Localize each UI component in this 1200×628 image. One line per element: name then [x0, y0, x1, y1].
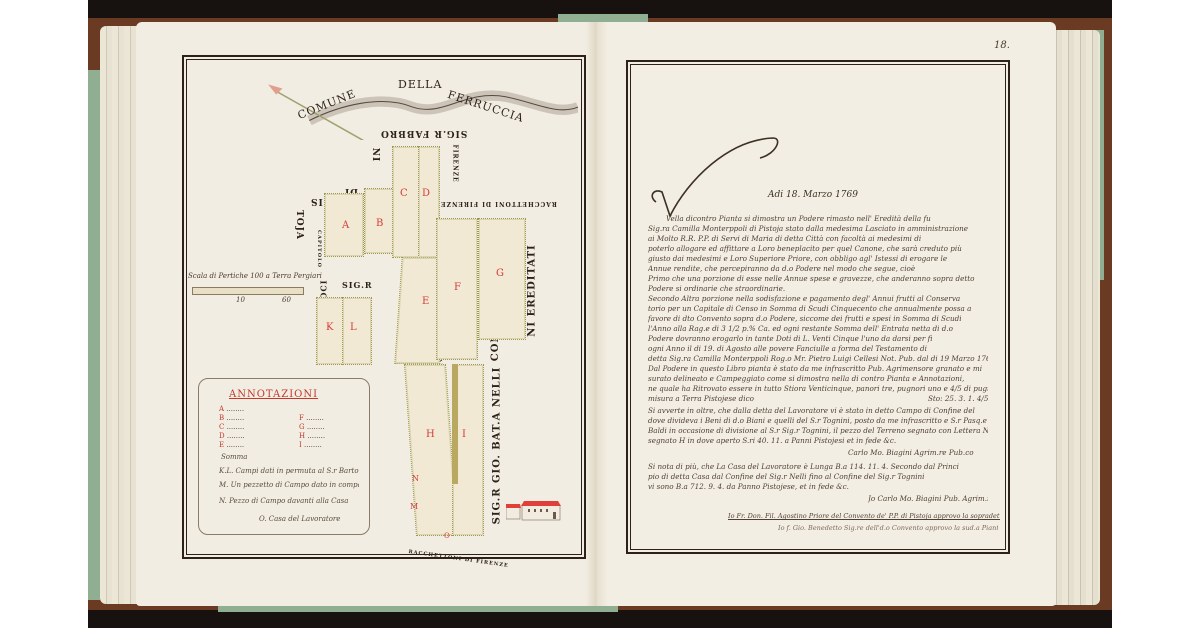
doc-line-26: Si nota di più, che La Casa del Lavorato… [648, 462, 988, 471]
cartouche-n: N. Pezzo di Campo davanti alla Casa [219, 497, 359, 505]
field-label-i: I [462, 429, 466, 440]
field-label-o: O [444, 532, 450, 540]
doc-line-14: ogni Anno il di 19. di Agosto alle pover… [648, 344, 988, 353]
scale-tick-60: 60 [282, 296, 291, 304]
doc-line-3: ai Molto R.R. P.P. di Servi di Maria di … [648, 234, 988, 243]
doc-line-10: torio per un Capitale di Censo in Somma … [648, 304, 988, 313]
cartouche-sum: Somma [221, 453, 247, 461]
doc-line-22: dove divideva i Beni di d.o Biani e quel… [648, 416, 988, 425]
doc-line-28: vi sono B.a 712. 9. 4. da Panno Pistojes… [648, 482, 988, 491]
book-photograph: COMUNE DELLA FERRUCCIA SIG.R FABBRO NI D… [88, 0, 1112, 628]
doc-line-15: detta Sig.ra Camilla Monterppoli Rog.o M… [648, 354, 988, 363]
doc-line-11: favore di dto Convento sopra d.o Podere,… [648, 314, 988, 323]
page-stack-right [1050, 30, 1100, 605]
cartouche-m: M. Un pezzetto di Campo dato in compagni… [219, 481, 359, 489]
field-label-l: L [350, 322, 357, 333]
doc-line-25: Carlo Mo. Biagini Agrim.re Pub.co [848, 448, 988, 457]
doc-line-8: Podere si ordinarie che straordinarie. [648, 284, 988, 293]
label-toja: TOJA [294, 210, 304, 240]
label-fabbro: SIG.R FABBRO [380, 128, 467, 138]
field-c [392, 146, 420, 258]
doc-line-23: Baldi in occasione di divisione al S.r S… [648, 426, 988, 435]
cartouche-o: O. Casa del Lavoratore [259, 515, 340, 523]
field-label-b: B [376, 218, 383, 229]
approval-signature-1: Io Fr. Don. Fil. Agostino Priore del Con… [728, 512, 1000, 520]
label-firenze: FIRENZE [452, 144, 459, 182]
doc-line-1: Vella dicontro Pianta si dimostra un Pod… [666, 214, 1006, 223]
field-label-a: A [342, 220, 349, 231]
scale-bar [192, 287, 304, 295]
approval-signature-2: Io f. Gio. Benedetto Sig.re dell'd.o Con… [778, 524, 998, 532]
field-label-k: K [326, 322, 333, 333]
doc-line-12: l'Anno alla Rag.e di 3 1/2 p.% Ca. ed og… [648, 324, 988, 333]
doc-line-2: Sig.ra Camilla Monterppoli di Pistoja st… [648, 224, 988, 233]
doc-line-16: Dal Podere in questo Libro pianta è stat… [648, 364, 988, 373]
endpaper-green-left [88, 70, 100, 600]
doc-line-18: ne quale ha Ritrovato essere in tutto St… [648, 384, 988, 393]
document-date: Adi 18. Marzo 1769 [768, 190, 858, 200]
cartouche-rows-left: A ........ B ........ C ........ D .....… [219, 405, 245, 450]
field-label-f: F [454, 282, 461, 293]
label-capitolo: CAPITOLO [316, 230, 322, 268]
cartouche-kl: K.L. Campi dati in permuta al S.r Bartol… [219, 467, 359, 475]
farmhouse-icon [506, 499, 561, 521]
scale-tick-10: 10 [236, 296, 245, 304]
label-nelli: SIG.R GIO. BAT.A NELLI [491, 367, 502, 525]
field-label-c: C [400, 188, 408, 199]
field-g [478, 218, 526, 340]
label-sig: SIG.R [342, 280, 373, 290]
scale-label: Scala di Pertiche 100 a Terra Pergiari [188, 272, 322, 280]
field-label-n: N [412, 474, 419, 483]
doc-line-5: giusto dai medesimi e Loro Superiore Pri… [648, 254, 988, 263]
doc-line-27: pio di detta Casa dal Confine del Sig.r … [648, 472, 988, 481]
field-label-h: H [426, 429, 435, 440]
map-title-word-2: DELLA [398, 78, 442, 91]
cartouche-rows-right: F ........ G ........ H ........ I .....… [299, 414, 325, 450]
doc-line-29: Jo Carlo Mo. Biagini Pub. Agrim.re [868, 494, 988, 503]
doc-line-4: poterlo allogare ed affittare a Loro ben… [648, 244, 988, 253]
decorative-initial-v-icon [648, 130, 788, 220]
doc-line-21: Si avverte in oltre, che dalla detta del… [648, 406, 988, 415]
label-racchettoni-top: RACCHETTONI DI FIRENZE [440, 200, 557, 207]
label-ni: NI [370, 148, 380, 162]
doc-line-13: Podere dovranno erogarlo in tante Doti d… [648, 334, 988, 343]
field-label-e: E [422, 296, 429, 307]
label-eredita: NI EREDITATI [527, 244, 538, 336]
page-number: 18. [994, 40, 1010, 51]
book-gutter [586, 22, 608, 606]
doc-line-7: Primo che una porzione di esse nelle Ann… [648, 274, 988, 283]
field-label-d: D [422, 188, 430, 199]
cartouche-title: ANNOTAZIONI [229, 389, 318, 400]
field-label-m: M [410, 502, 418, 511]
doc-line-9: Secondo Altra porzione nella sodisfazion… [648, 294, 988, 303]
field-l [342, 297, 372, 365]
doc-line-24: segnato H in dove aperto S.ri 40. 11. a … [648, 436, 988, 445]
annotations-cartouche: ANNOTAZIONI A ........ B ........ C ....… [198, 378, 370, 535]
field-divider-hedge [452, 364, 458, 484]
doc-line-17: surato delineato e Campeggiato come si d… [648, 374, 988, 383]
doc-line-20: Sto: 25. 3. 1. 4/5 [928, 394, 988, 403]
doc-line-6: Annue rendite, che percepiranno da d.o P… [648, 264, 988, 273]
field-label-g: G [496, 268, 504, 279]
